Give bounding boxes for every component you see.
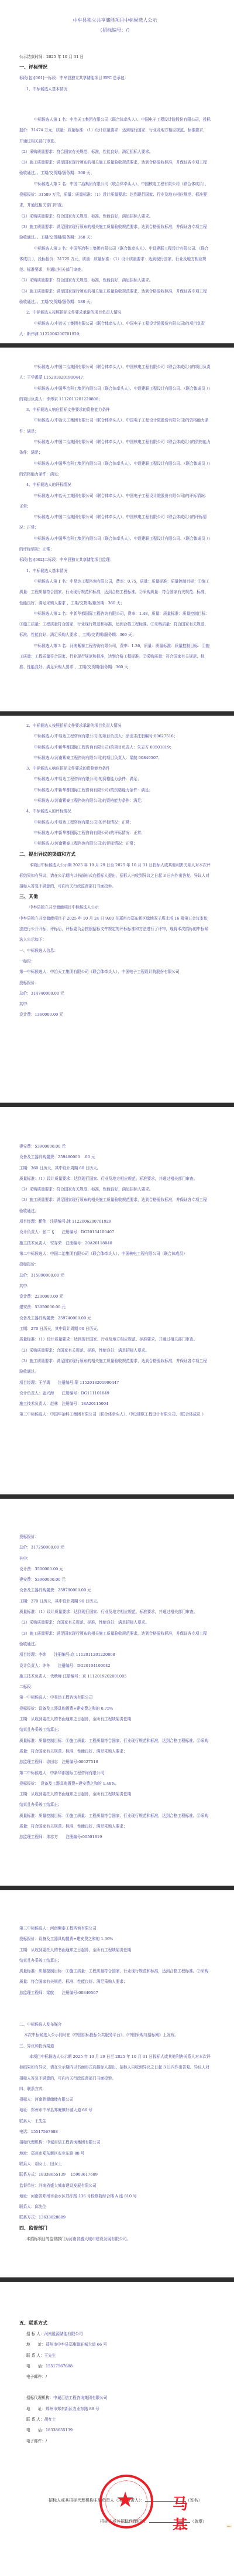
lot2-qual-3: 中标候选人(河南紫泰工程咨询有限公司)的资格能力条件：满足； (19, 795, 211, 806)
other-lot1-c1-name: 第一中标候选人：中冶天工集团有限公司（联合体牵头人）、中国电子工程设计院股份有限… (19, 967, 211, 977)
document-subtitle: （招标编号：/） (19, 25, 211, 35)
other-heading-1: 一、中标候选人信息： (19, 945, 211, 956)
lot1-eval-1: 中标候选人(中冶天工集团有限公司（联合体牵头人）、中国电子工程设计院股份有限公司… (19, 491, 211, 512)
page-6: 第三中标候选人：河南紫泰工程咨询有限公司 投标报价：设备及工器具购置费+建安费之… (0, 1890, 234, 2277)
bid-label: 投标报价： (19, 1259, 211, 1270)
tenderer-label: 招 标 人： (26, 2332, 44, 2336)
lot2-pm-2: 中标候选人(中新华都国际工程咨询有限公司)的项目负责人：朱志方 00501819… (19, 742, 211, 753)
quality-2: （2）采购质量要求：符合国家有关规范、标准，性能良好，满足招标人要求。 (19, 1184, 211, 1195)
chief-engineer: 总监理工程师：梁航 注册编号:00849507 (19, 1988, 211, 1998)
signature-block: 招标人或其招标代理机构主要负责人（项目负责人）：（签名） 招标人或其招标代理机构… (19, 2446, 211, 2517)
supervision-prefix: 本招标项目的监督部门为 (26, 2237, 69, 2241)
equipment-fee: 设备及工器具购置费：259740000.00 元 (19, 1313, 211, 1323)
technical-lead: 施工技术负责人：赵林 注册编号：18A20115004 (19, 1398, 211, 1409)
quality-2: （2）采购质量要求：合国家有关规范、标准，性能良好，满足招标人要求。 (19, 1617, 211, 1628)
contact-line: 联系方式：18338655139 15903617609 (19, 2169, 211, 2180)
email-label: 电子邮件： (26, 2439, 46, 2444)
objection-channel-text: 本项目中标候选人公示期 2025 年 10 月 29 日至 2025 年 10 … (19, 2051, 211, 2084)
design-lead: 设计负责人：张二飞 注册编号：DG20154100407 (19, 1227, 211, 1237)
handwritten-signature: 马基深 (173, 2492, 211, 2530)
construction-period: 工期：360 日历天，其中设计周期 60 日历天。 (19, 1163, 211, 1173)
contact-line: 地址：郑州市中牟县郑庵镇轩城大道 66 号 (19, 2105, 211, 2115)
lot2-pm-1: 中标候选人(中易达工程咨询有限公司)的项目负责人：涂田志注册编号:0062751… (19, 731, 211, 741)
chief-engineer: 总监理工程师：涂田志 注册编号:00627516 (19, 1757, 211, 1767)
media-heading: 二、中标候选人发布媒介 (19, 2019, 211, 2030)
lot1-qual-2: 中标候选人(中国二冶集团有限公司（联合体牵头人）、中国核电工程有限公司（联合体成… (19, 437, 211, 458)
other-intro: 中牟县独立共享储能项目于 2025 年 10 月 24 日 9:00 在郑州市郑… (19, 913, 211, 945)
end-time: 公示结束时间：2025 年 10 月 31 日 (19, 52, 211, 62)
contact-line: 联系人：邱先生 (19, 2201, 211, 2212)
lot2-heading: 标段(包)[002]二标段：中牟县独立共享储能项目监理： (19, 554, 211, 565)
build-fee: 建安费：53900000.00 元 (19, 1141, 211, 1152)
quality-1: 质量标准：（1）设计质量要求：达到现行国家、行业及地方相应规范、标准要求，并通过… (19, 1334, 211, 1345)
section-heading-2: 二、提出异议的渠道和方式 (19, 849, 211, 860)
lot1-candidate-1: 中标候选人第 1 名：中冶天工集团有限公司（联合体牵头人）、中国电子工程设计院股… (19, 114, 211, 147)
lot2-eval-1: 中标候选人(中易达工程咨询有限公司)的评标情况：正常； (19, 817, 211, 828)
tenderer-email: / (46, 2374, 47, 2379)
tenderer-contact: 王先生 (44, 2353, 56, 2358)
address-label: 地 址： (26, 2407, 46, 2411)
equipment-fee: 设备及工器具购置费：259480000 .00 元 (19, 1152, 211, 1162)
construction-period: 工期：270 日历天，其中设计周期 90 日历天。 (19, 1323, 211, 1334)
lot1-candidate-3-q3: （3）施工质量要求：满足国家现行颁布的相关施工质量验收规范要求，达到合格验收标准… (19, 286, 211, 308)
lot1-eval-3: 中标候选人(中国华冶科工集团有限公司（联合体牵头人）、中设建联工程设计有限公司、… (19, 533, 211, 555)
tenderer-name: 河南胜源储能有限公司 (44, 2332, 83, 2336)
objection-text: 本项目中标候选人公示期 2025 年 10 月 29 日至 2025 年 10 … (19, 860, 211, 892)
design-lead: 设计负责人：姜兴海 注册编号：DG111101049 (19, 1388, 211, 1398)
other-lot1-c2-name: 第二中标候选人：中国二冶集团有限公司（联合体牵头人）、中国核电工程有限公司（联合… (19, 1248, 211, 1259)
lot2-candidate-2: 中标候选人第 2 名：中新华都国际工程咨询有限公司，费率：1.48，质量：质量标… (19, 608, 211, 641)
other-lot1-c3-name: 第三中标候选人：中国华冶科工集团有限公司（联合体牵头人）、中设建联工程设计有限公… (19, 1409, 211, 1420)
page-separator (0, 343, 234, 348)
quality-1: 质量标准：（1）设计质量要求：达到现行国家、行业及地方相应规范、标准要求，并通过… (19, 1607, 211, 1617)
chief-engineer: 总监理工程师：朱志方 注册编号:00501819 (19, 1832, 211, 1842)
page-separator (0, 1102, 234, 1107)
bid-rate: 投标报价：设备及工器具购置费+建安费之和的 1.36% (19, 1934, 211, 1944)
quality-2: （2）采购质量要求：合国家有关规范、标准，性能良好，满足招标人要求。 (19, 1345, 211, 1356)
page-1b: 中标候选人第 1 名：中冶天工集团有限公司（联合体牵头人）、中国电子工程设计院股… (0, 114, 234, 343)
lot1-eval-2: 中标候选人(中国二冶集团有限公司（联合体牵头人）、中国核电工程有限公司（联合体成… (19, 512, 211, 533)
lot1-pm-1: 中标候选人(中冶天工集团有限公司（联合体牵头人）、中国电子工程设计院股份有限公司… (19, 318, 211, 340)
phone-label: 电 话： (26, 2364, 46, 2369)
bid-total: 总价：314740000.00 元 (19, 988, 211, 999)
contact-label: 联 系 人： (26, 2417, 44, 2422)
lot1-heading: 标段(包)[001]一标段：中牟县独立共享储能项目 EPC 总承包： (19, 73, 211, 83)
service-period-end: 结束且办妥竣工结算止； (19, 1955, 211, 1966)
design-fee: 设计费：3500000.00 元 (19, 1564, 211, 1574)
page-2: 中标候选人(中国二冶集团有限公司（联合体牵头人）、中国核电工程有限公司（联合体成… (0, 348, 234, 711)
quality-standard: 质量标准：质量控制目标：①施工质量：工程质量符合国家、行业现行规范和标准，达到合… (19, 1966, 211, 1988)
among-label: 其中： (19, 1281, 211, 1291)
among-label: 其中： (19, 999, 211, 1009)
lot2-qual-2: 中标候选人(中新华都国际工程咨询有限公司)的资格能力条件：满足； (19, 785, 211, 795)
bid-rate: 投标报价：设备及工器具购置费+建安费之和的 0.75% (19, 1703, 211, 1714)
agency-email: / (46, 2439, 47, 2444)
page-7: 五、联系方式 招 标 人：河南胜源储能有限公司 地 址：郑州市中牟县郑庵镇轩城大… (0, 2282, 234, 2530)
lot2-candidate-1: 中标候选人第 1 名：中易达工程咨询有限公司，费率：0.75，质量：质量标准：质… (19, 576, 211, 608)
lot1-sub4: 4、中标候选人的评标情况 (19, 479, 211, 490)
page-5: 投标报价： 总价：317250000.00 元 其中： 设计费：3500000.… (0, 1499, 234, 1886)
agency-address: 郑州市郑东新区农业东路 88 号 (46, 2407, 99, 2411)
watermark-badge: ▪▪▪ (226, 2524, 232, 2528)
page-separator (0, 711, 234, 716)
lot1-candidate-1-q3: （3）施工质量要求：满足国家现行颁布的相关施工质量验收规范要求，达到合格验收标准… (19, 157, 211, 179)
email-label: 电子邮件： (26, 2374, 46, 2379)
equipment-fee: 设备及工器具购置费：259790000.00 元 (19, 1585, 211, 1595)
supervision-org: 河南省盛大城市建设发展有限公司。 (69, 2237, 131, 2241)
document-title: 中牟县独立共享储能项目中标候选人公示 (19, 15, 211, 25)
bid-total: 总价：317250000.00 元 (19, 1542, 211, 1553)
agency-label: 招标代理机构： (26, 2395, 53, 2400)
lot2-sub2: 2、中标候选人按照招标文件要求承诺的项目负责人情况 (19, 720, 211, 731)
section-heading-1: 一、评标情况 (19, 62, 211, 73)
page-separator (0, 2277, 234, 2282)
quality-standard: 质量标准：质量控制目标：①施工质量：工程质量符合国家、行业现行规范和标准，达到合… (19, 1736, 211, 1757)
lot1-sub3: 3、中标候选人响应招标文件要求的资格能力条件 (19, 404, 211, 415)
lot2-sub1: 1、中标候选人基本情况 (19, 566, 211, 576)
lot1-pm-2: 中标候选人(中国二冶集团有限公司（联合体牵头人）、中国核电工程有限公司（联合体成… (19, 362, 211, 383)
lot1-candidate-2: 中标候选人第 2 名：中国二冶集团有限公司（联合体牵头人）、中国核电工程有限公司… (19, 179, 211, 211)
objection-heading: 三、异议和投诉渠道 (19, 2041, 211, 2051)
design-fee: 设计费：2200000.00 元 (19, 1291, 211, 1302)
other-lot1-label: 一标段： (19, 956, 211, 967)
tenderer-address: 郑州市中牟县郑庵镇轩城大道 66 号 (46, 2342, 107, 2347)
official-seal-icon: ★ (99, 2475, 153, 2529)
service-period: 工期：从收到委托人的书面通知之日起算，至所有工程缺陷责任期 (19, 1714, 211, 1724)
page-separator (0, 1886, 234, 1890)
contact-line: 联系人：王先生 (19, 2116, 211, 2126)
other-lot2-c1-name: 第一中标候选人：中易达工程咨询有限公司 (19, 1692, 211, 1703)
contact-line: 监督单位：河南省盛大城市建设发展有限公司 (19, 2180, 211, 2191)
agency-phone: 18338655139 (46, 2428, 73, 2432)
lot2-pm-3: 中标候选人(河南紫泰工程咨询有限公司)的项目负责人：梁航 00849507； (19, 753, 211, 763)
agency-contact: 胡女士 (44, 2417, 56, 2422)
quality-3: （3）施工质量要求：满足国家现行颁布的相关施工质量验收规范要求，达到合格验收标准… (19, 1628, 211, 1650)
lot2-candidate-3: 中标候选人第 3 名：河南紫泰工程咨询有限公司，费率：1.36，质量：质量标准：… (19, 641, 211, 673)
lot1-candidate-2-q3: （3）施工质量要求：满足国家现行颁布的相关施工质量验收规范要求，达到合格验收标准… (19, 222, 211, 243)
service-period-end: 结束且办妥竣工结算止； (19, 1799, 211, 1810)
other-lot2-label: 二标段： (19, 1682, 211, 1692)
contact-line: 地址：河南省郑州市金水区郑汴路 136 号检察院综合楼 A 座 810 号 (19, 2191, 211, 2201)
lot1-candidate-2-q2: （2）采购质量要求：符合国家有关规范、标准，性能良好，满足招标人要求。 (19, 211, 211, 222)
service-period: 工期：从收到委托人的书面通知之日起算，至所有工程缺陷责任期 (19, 1945, 211, 1955)
section-heading-3: 三、其他 (19, 891, 211, 902)
lot1-qual-1: 中标候选人(中冶天工集团有限公司（联合体牵头人）、中国电子工程设计院股份有限公司… (19, 415, 211, 437)
agency-name: 中诚百信工程咨询集团有限公司 (53, 2395, 107, 2400)
build-fee: 建安费：53950000.00 元 (19, 1302, 211, 1312)
quality-standard: 质量标准：质量控制目标：①施工质量：工程质量符合国家、行业现行规范和标准，达到合… (19, 1811, 211, 1832)
section-heading-5: 五、联系方式 (19, 2318, 211, 2329)
technical-lead: 施工技术负责人：安存荣 注册编号：20A20118040 (19, 1238, 211, 1248)
lot1-sub1: 1、中标候选人基本情况 (19, 84, 211, 94)
project-manager: 项目经理：李炜 注册编号:京 1112011201220808 (19, 1649, 211, 1660)
lot1-candidate-3-q2: （2）采购质量要求：符合国家有关规范、标准，性能良好，满足招标人要求。 (19, 275, 211, 285)
contact-heading: 四、联系方式： (19, 2084, 211, 2094)
address-label: 地 址： (26, 2342, 46, 2347)
quality-3: （3）施工质量要求：满足国家现行颁布的相关施工质量验收规范要求，达到合格验收标准… (19, 1195, 211, 1216)
service-period: 工期：从收到委托人的书面通知之日起算，至所有工程缺陷责任期 (19, 1789, 211, 1799)
star-icon: ★ (116, 2490, 135, 2511)
lot2-qual-1: 中标候选人(中易达工程咨询有限公司)的资格能力条件：满足； (19, 774, 211, 784)
bid-label: 投标报价： (19, 1532, 211, 1542)
other-lot2-c3-name: 第三中标候选人：河南紫泰工程咨询有限公司 (19, 1923, 211, 1934)
lot1-candidate-3: 中标候选人第 3 名：中国华冶科工集团有限公司（联合体牵头人）、中设建联工程设计… (19, 243, 211, 275)
build-fee: 建安费：53960000.00 元 (19, 1574, 211, 1585)
section-heading-4: 四、监督部门 (19, 2223, 211, 2234)
design-lead: 设计负责人：许冬 注册编号：DG20104100042 (19, 1660, 211, 1671)
contact-line: 招标人：河南胜源储能有限公司 (19, 2094, 211, 2105)
technical-lead: 施工技术负责人：代秋峰 注册编号：京 1112019202001005 (19, 1671, 211, 1682)
contact-label: 联 系 人： (26, 2353, 44, 2358)
phone-label: 电 话： (26, 2428, 46, 2432)
lot1-candidate-1-q2: （2）采购质量要求：符合国家有关规范、标准，性能良好，满足招标人要求。 (19, 147, 211, 157)
construction-period: 工期：270 日历天，其中设计周期 90 日历天。 (19, 1596, 211, 1607)
page-3: 2、中标候选人按照招标文件要求承诺的项目负责人情况 中标候选人(中易达工程咨询有… (0, 716, 234, 1102)
page-4: 建安费：53900000.00 元 设备及工器具购置费：259480000 .0… (0, 1107, 234, 1494)
lot2-eval-2: 中标候选人(中新华都国际工程咨询有限公司)的评标情况：正常； (19, 828, 211, 838)
design-fee: 设计费：1360000.00 元 (19, 1009, 211, 1020)
contact-line: 电话：15517567688 (19, 2126, 211, 2137)
lot1-sub2: 2、中标候选人按照招标文件要求承诺的项目负责人情况 (19, 307, 211, 318)
service-period-end: 结束且办妥竣工结算止； (19, 1724, 211, 1735)
bid-total: 总价：315890000.00 元 (19, 1270, 211, 1281)
contact-line: 联系人：胡女士、田女士 (19, 2159, 211, 2169)
quality-1: 质量标准：（1）设计质量要求：达到现行国家、行业及地方相应规范、标准要求，并通过… (19, 1173, 211, 1184)
contact-line: 招标代理机构：中诚百信工程咨询集团有限公司 (19, 2137, 211, 2148)
lot1-pm-3: 中标候选人(中国华冶科工集团有限公司（联合体牵头人）、中设建联工程设计有限公司、… (19, 383, 211, 405)
quality-3: （3）施工质量要求：满足国家现行颁布的相关施工质量验收规范要求，达到合格验收标准… (19, 1356, 211, 1377)
media-text: 本次中标候选人公示同时在《中国招标投标公共服务平台》、《中国采购与招标网》上发布… (19, 2030, 211, 2040)
contact-line: 联系方式：13633828889 (19, 2212, 211, 2223)
project-manager: 项目经理：靳伟 注册编号:津 1122006200701929 (19, 1216, 211, 1227)
bid-rate: 投标报价： 设备及工器具购置费+建安费之和的 1.48%。 (19, 1778, 211, 1789)
tenderer-phone: 15517567688 (46, 2364, 73, 2369)
lot1-qual-3: 中标候选人(中国华冶科工集团有限公司（联合体牵头人）、中设建联工程设计有限公司、… (19, 458, 211, 480)
other-title: 中牟县独立共享储能项目中标候选人公示 (19, 902, 211, 913)
bid-label: 投标报价： (19, 978, 211, 988)
lot2-sub4: 4、中标候选人的评标情况 (19, 806, 211, 816)
contact-line: 地址：郑州市郑东新区农业东路 88 号 (19, 2148, 211, 2159)
lot2-eval-3: 中标候选人(河南紫泰工程咨询有限公司)的评标情况：正常； (19, 838, 211, 849)
lot2-sub3: 3、中标候选人响应招标文件要求的资格能力条件 (19, 763, 211, 774)
other-lot2-c2-name: 第二中标候选人：中新华都国际工程咨询有限公司 (19, 1768, 211, 1778)
among-label: 其中： (19, 1553, 211, 1564)
page-separator (0, 1494, 234, 1499)
project-manager: 项目经理：王学禹 注册编号:蒙 1152018201900447 (19, 1377, 211, 1388)
page-1: 中牟县独立共享储能项目中标候选人公示 （招标编号：/） 公示结束时间：2025 … (0, 0, 234, 114)
